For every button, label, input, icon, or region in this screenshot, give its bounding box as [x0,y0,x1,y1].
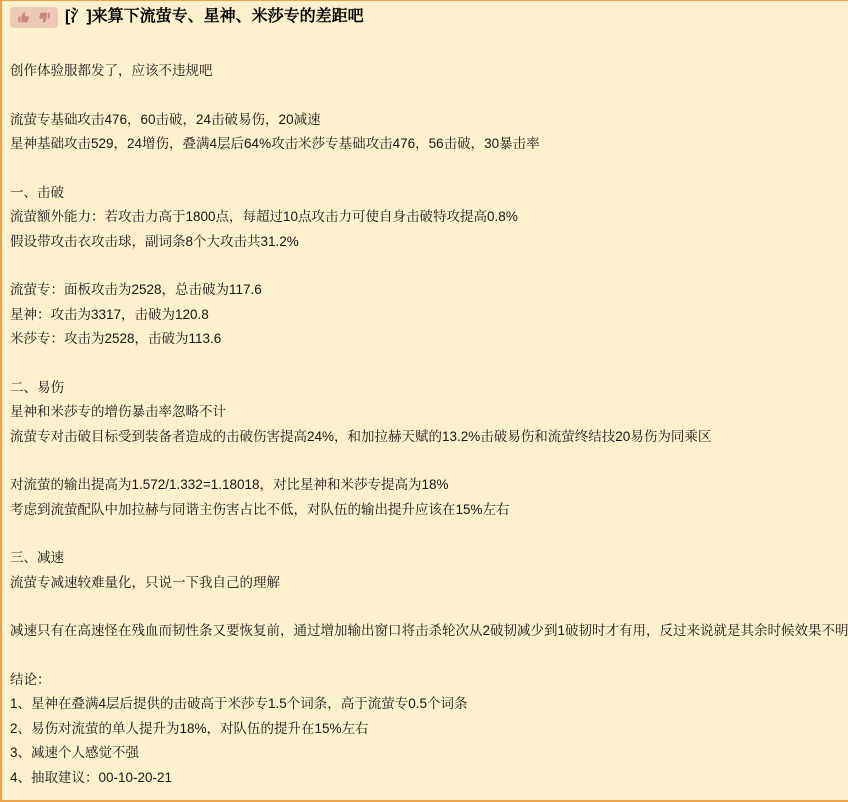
post-body: 创作体验服都发了，应该不违规吧流萤专基础攻击476，60击破，24击破易伤，20… [10,59,844,790]
post-line: 流萤专减速较难量化，只说一下我自己的理解 [10,571,844,596]
post-paragraph: 一、击破流萤额外能力：若攻击力高于1800点，每超过10点攻击力可使自身击破特攻… [10,181,844,255]
post-paragraph: 创作体验服都发了，应该不违规吧 [10,59,844,84]
thumb-up-icon[interactable] [17,11,30,24]
post-line: 星神：攻击为3317，击破为120.8 [10,303,844,328]
post-line: 流萤额外能力：若攻击力高于1800点，每超过10点攻击力可使自身击破特攻提高0.… [10,205,844,230]
post-header: [氵]来算下流萤专、星神、米莎专的差距吧 [10,6,844,28]
post-line: 2、易伤对流萤的单人提升为18%，对队伍的提升在15%左右 [10,717,844,742]
post-line: 二、易伤 [10,376,844,401]
post-line: 米莎专：攻击为2528，击破为113.6 [10,327,844,352]
forum-post-page: [氵]来算下流萤专、星神、米莎专的差距吧 创作体验服都发了，应该不违规吧流萤专基… [0,0,848,802]
post-paragraph: 减速只有在高速怪在残血而韧性条又要恢复前，通过增加输出窗口将击杀轮次从2破韧减少… [10,619,844,644]
post-line: 三、减速 [10,546,844,571]
post-line: 创作体验服都发了，应该不违规吧 [10,59,844,84]
post-line: 一、击破 [10,181,844,206]
post-paragraph: 三、减速流萤专减速较难量化，只说一下我自己的理解 [10,546,844,595]
post-line: 减速只有在高速怪在残血而韧性条又要恢复前，通过增加输出窗口将击杀轮次从2破韧减少… [10,619,844,644]
post-line: 假设带攻击衣攻击球，副词条8个大攻击共31.2% [10,230,844,255]
post-line: 1、星神在叠满4层后提供的击破高于米莎专1.5个词条，高于流萤专0.5个词条 [10,692,844,717]
post-line: 3、减速个人感觉不强 [10,741,844,766]
post-paragraph: 结论：1、星神在叠满4层后提供的击破高于米莎专1.5个词条，高于流萤专0.5个词… [10,668,844,791]
thumb-down-icon[interactable] [38,11,51,24]
post-line: 4、抽取建议：00-10-20-21 [10,766,844,791]
post-line: 星神基础攻击529，24增伤，叠满4层后64%攻击米莎专基础攻击476，56击破… [10,132,844,157]
post-line: 对流萤的输出提高为1.572/1.332=1.18018，对比星神和米莎专提高为… [10,473,844,498]
post-line: 结论： [10,668,844,693]
post-title: [氵]来算下流萤专、星神、米莎专的差距吧 [65,6,364,28]
post-paragraph: 流萤专基础攻击476，60击破，24击破易伤，20减速星神基础攻击529，24增… [10,108,844,157]
post-line: 流萤专基础攻击476，60击破，24击破易伤，20减速 [10,108,844,133]
post-paragraph: 流萤专：面板攻击为2528，总击破为117.6星神：攻击为3317，击破为120… [10,278,844,352]
post-paragraph: 二、易伤星神和米莎专的增伤暴击率忽略不计流萤专对击破目标受到装备者造成的击破伤害… [10,376,844,450]
post-paragraph: 对流萤的输出提高为1.572/1.332=1.18018，对比星神和米莎专提高为… [10,473,844,522]
post-line: 流萤专：面板攻击为2528，总击破为117.6 [10,278,844,303]
post-line: 流萤专对击破目标受到装备者造成的击破伤害提高24%，和加拉赫天赋的13.2%击破… [10,425,844,450]
post-line: 星神和米莎专的增伤暴击率忽略不计 [10,400,844,425]
post-line: 考虑到流萤配队中加拉赫与同谐主伤害占比不低，对队伍的输出提升应该在15%左右 [10,498,844,523]
vote-box[interactable] [10,7,58,28]
